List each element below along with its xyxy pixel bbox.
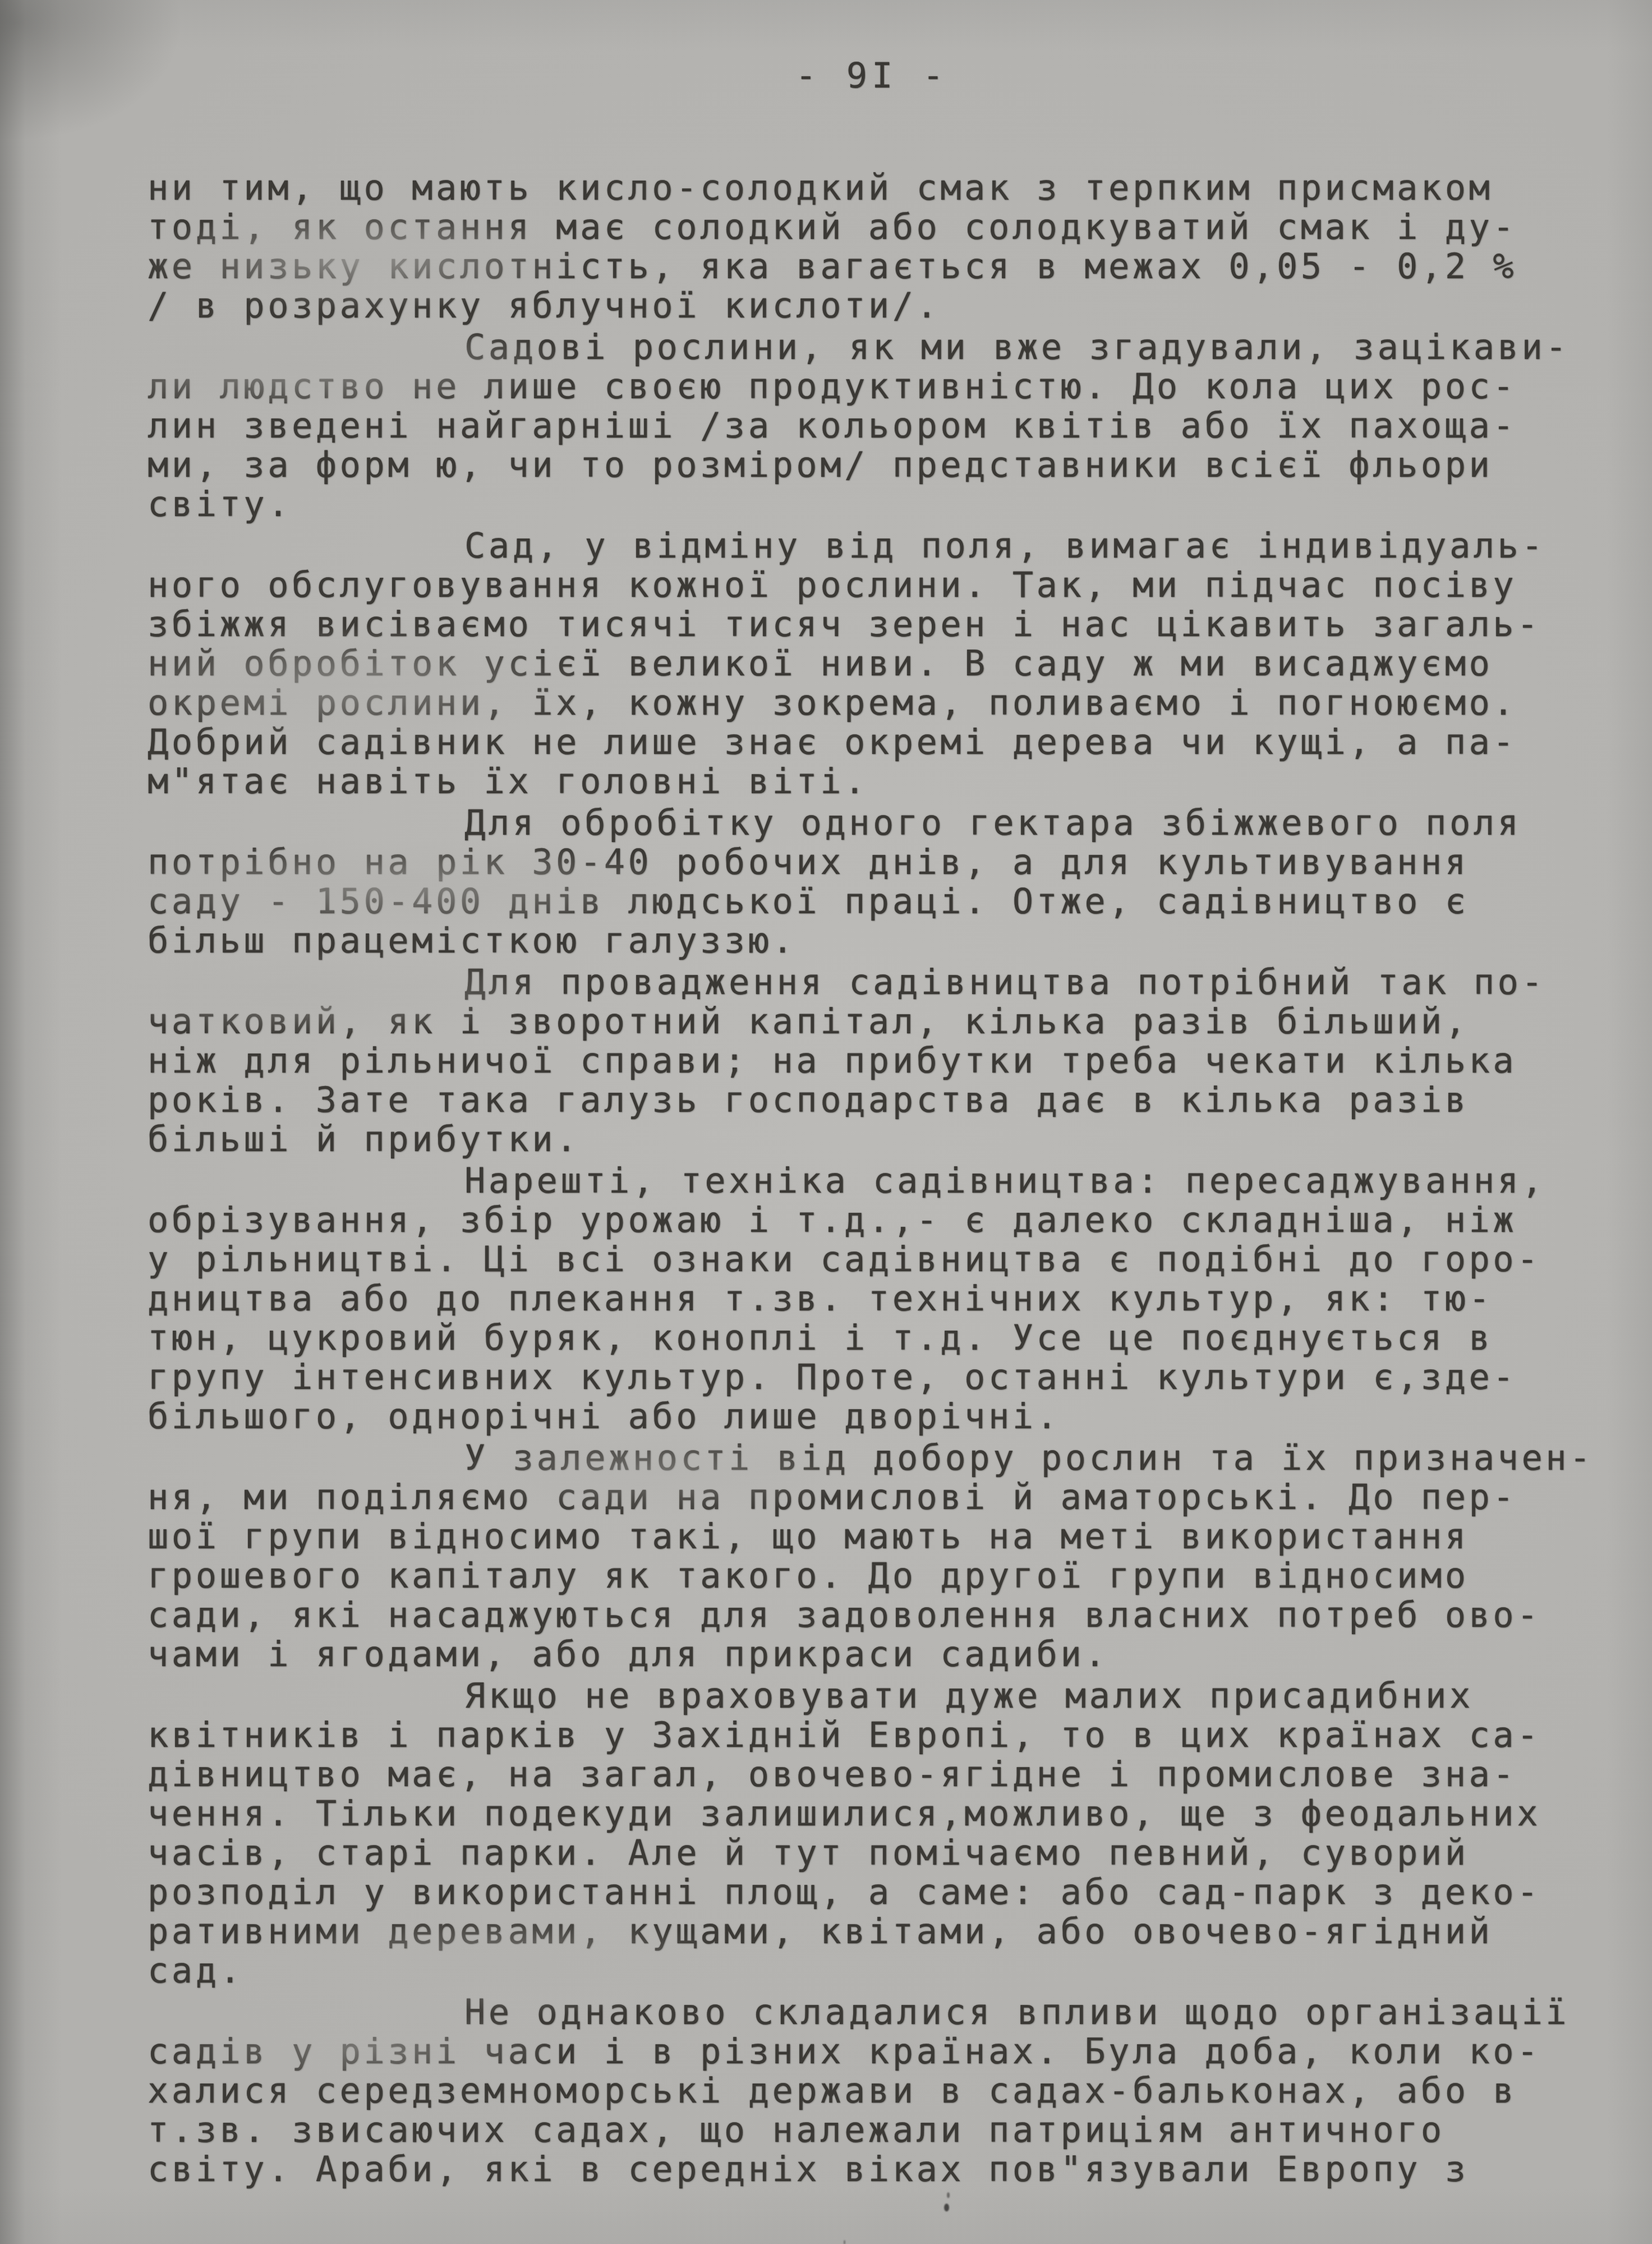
paragraph: Якщо не враховувати дуже малих присадибн… (148, 1676, 1606, 1990)
paragraph: Для обробітку одного гектара збіжжевого … (148, 803, 1606, 960)
typewritten-text-block: ни тим, що мають кисло-солодкий смак з т… (148, 168, 1606, 2191)
paragraph: Нарешті, техніка садівництва: пересаджув… (148, 1161, 1606, 1436)
paragraph: Не однаково складалися впливи щодо орган… (148, 1993, 1606, 2189)
scan-speck-artifact (944, 2204, 949, 2211)
paragraph: Сад, у відміну від поля, вимагає індивід… (148, 526, 1606, 801)
paragraph: Для провадження садівництва потрібний та… (148, 963, 1606, 1159)
paragraph: У залежності від добору рослин та їх при… (148, 1438, 1606, 1674)
paragraph: ни тим, що мають кисло-солодкий смак з т… (148, 168, 1606, 325)
scanned-page: - 9I - ни тим, що мають кисло-солодкий с… (0, 0, 1652, 2244)
paragraph: Садові рослини, як ми вже згадували, зац… (148, 328, 1606, 524)
page-number: - 9I - (795, 55, 948, 96)
